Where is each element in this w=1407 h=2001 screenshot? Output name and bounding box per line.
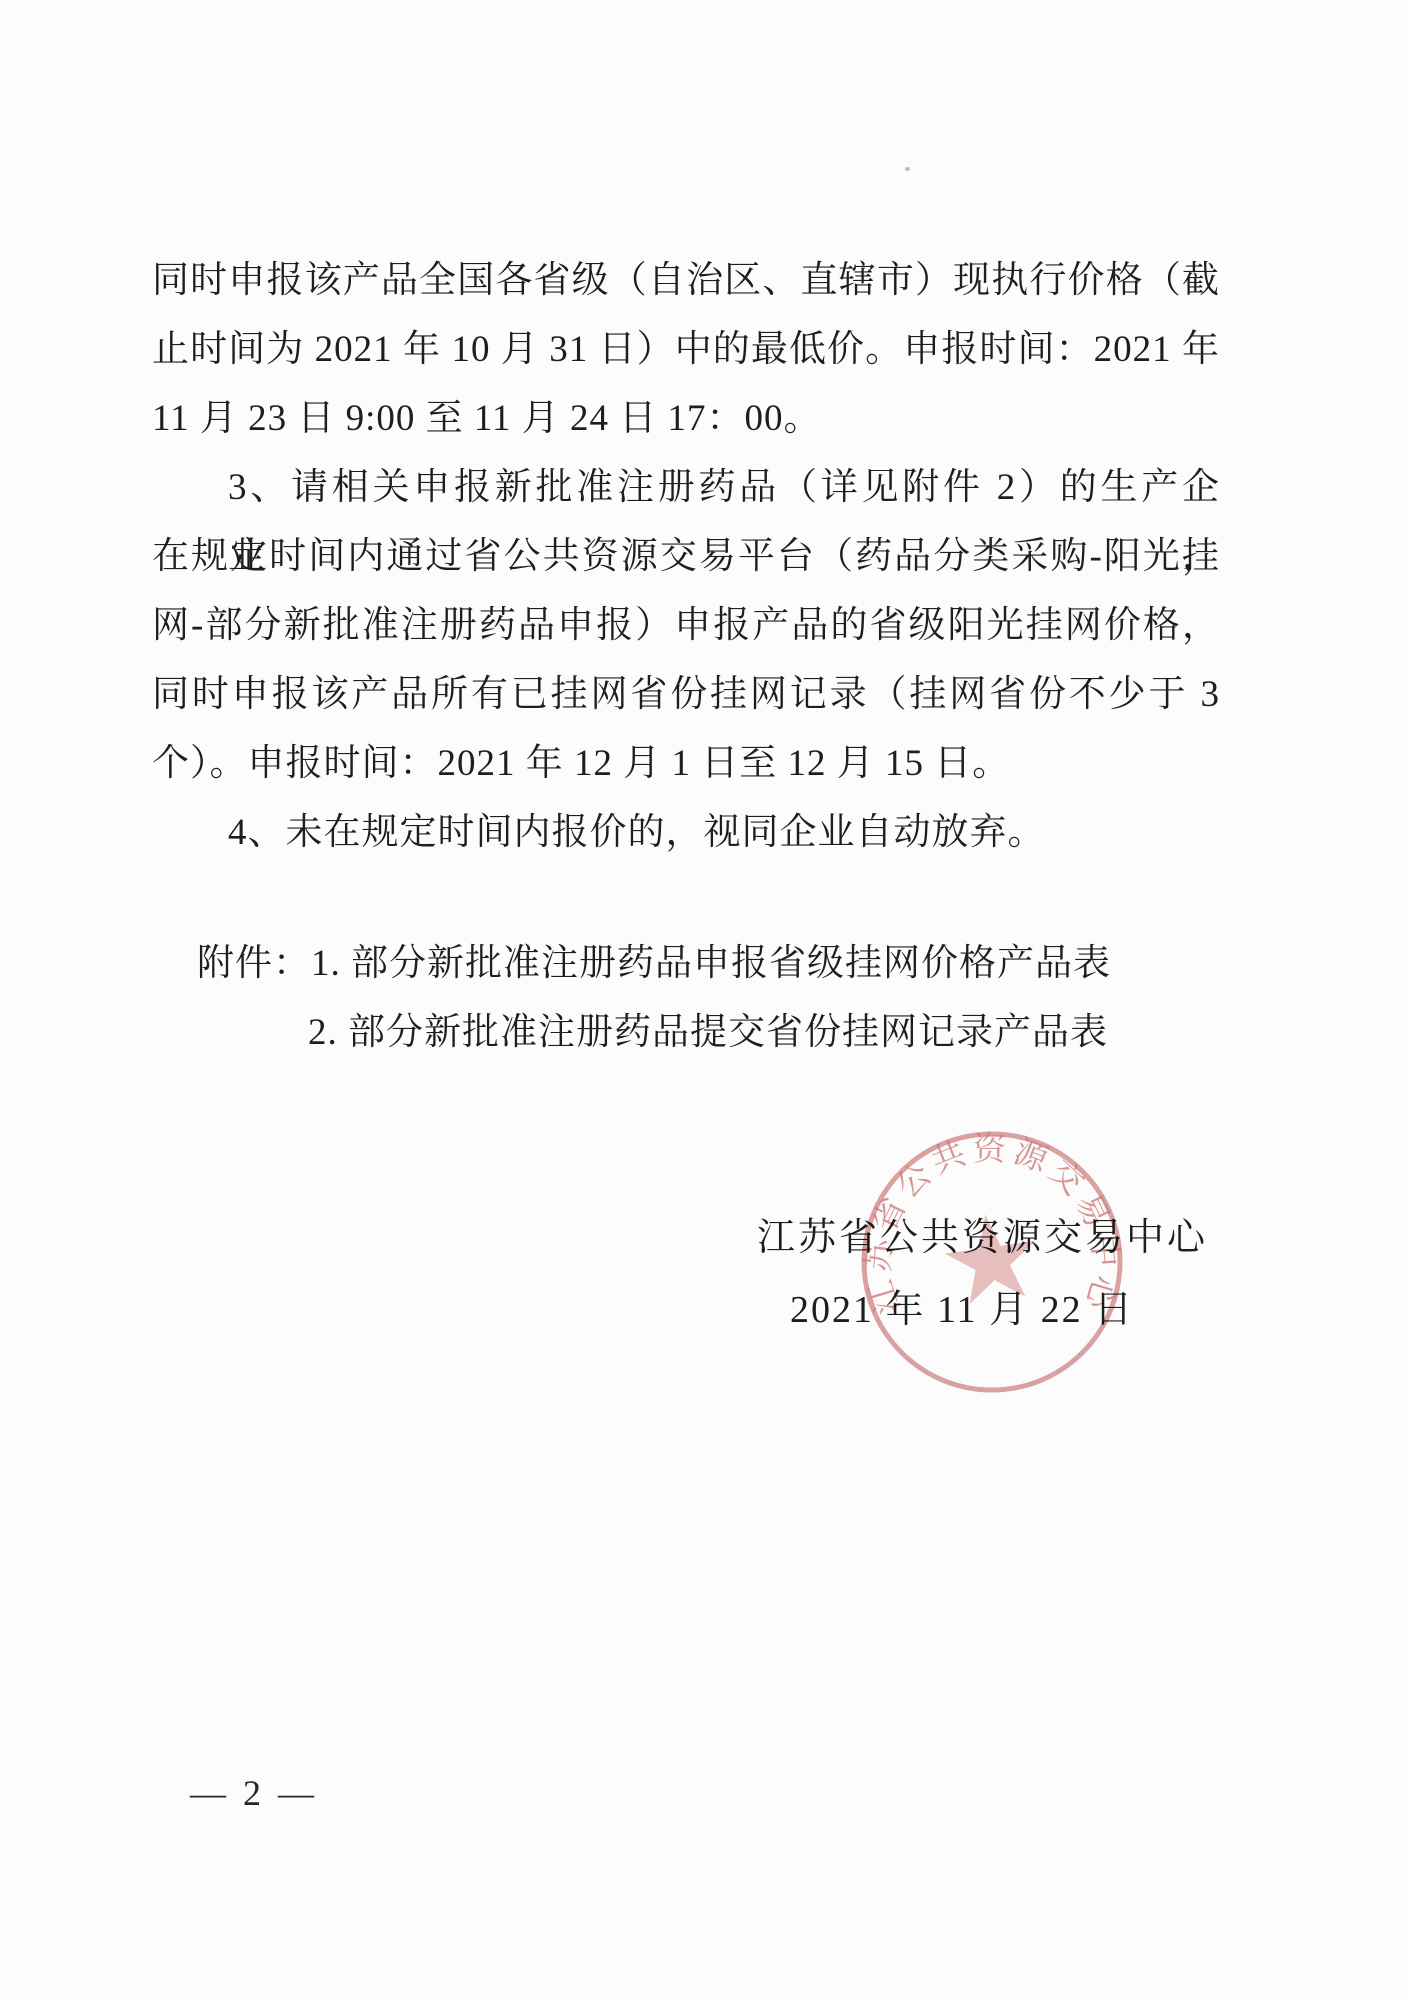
body-line: 同时申报该产品所有已挂网省份挂网记录（挂网省份不少于 3 xyxy=(152,660,1220,729)
document-page: 同时申报该产品全国各省级（自治区、直辖市）现执行价格（截 止时间为 2021 年… xyxy=(0,0,1407,2001)
page-number: — 2 — xyxy=(190,1772,318,1814)
attachment-line: 附件：1. 部分新批准注册药品申报省级挂网价格产品表 xyxy=(197,929,1111,998)
body-line: 止时间为 2021 年 10 月 31 日）中的最低价。申报时间：2021 年 xyxy=(152,315,1220,384)
attachments-label: 附件： xyxy=(197,943,311,984)
attachment-line: 2. 部分新批准注册药品提交省份挂网记录产品表 xyxy=(197,998,1111,1067)
body-line: 网-部分新批准注册药品申报）申报产品的省级阳光挂网价格， xyxy=(152,591,1220,660)
official-seal: 江苏省公共资源交易中心 xyxy=(857,1127,1127,1397)
scan-speck xyxy=(905,167,910,171)
body-line: 4、未在规定时间内报价的，视同企业自动放弃。 xyxy=(152,798,1220,867)
body-line: 3、请相关申报新批准注册药品（详见附件 2）的生产企业， xyxy=(152,453,1220,522)
seal-border-circle xyxy=(864,1134,1120,1390)
body-line: 在规定时间内通过省公共资源交易平台（药品分类采购-阳光挂 xyxy=(152,522,1220,591)
body-line: 同时申报该产品全国各省级（自治区、直辖市）现执行价格（截 xyxy=(152,246,1220,315)
body-text-block: 同时申报该产品全国各省级（自治区、直辖市）现执行价格（截 止时间为 2021 年… xyxy=(152,246,1220,867)
attachments-block: 附件：1. 部分新批准注册药品申报省级挂网价格产品表 2. 部分新批准注册药品提… xyxy=(197,929,1111,1067)
body-line: 个）。申报时间：2021 年 12 月 1 日至 12 月 15 日。 xyxy=(152,729,1220,798)
body-line: 11 月 23 日 9:00 至 11 月 24 日 17：00。 xyxy=(152,384,1220,453)
signature-date: 2021 年 11 月 22 日 xyxy=(790,1278,1134,1333)
attachment-item: 2. 部分新批准注册药品提交省份挂网记录产品表 xyxy=(308,1012,1108,1053)
attachment-item: 1. 部分新批准注册药品申报省级挂网价格产品表 xyxy=(311,943,1111,984)
signature-organization: 江苏省公共资源交易中心 xyxy=(757,1206,1208,1261)
